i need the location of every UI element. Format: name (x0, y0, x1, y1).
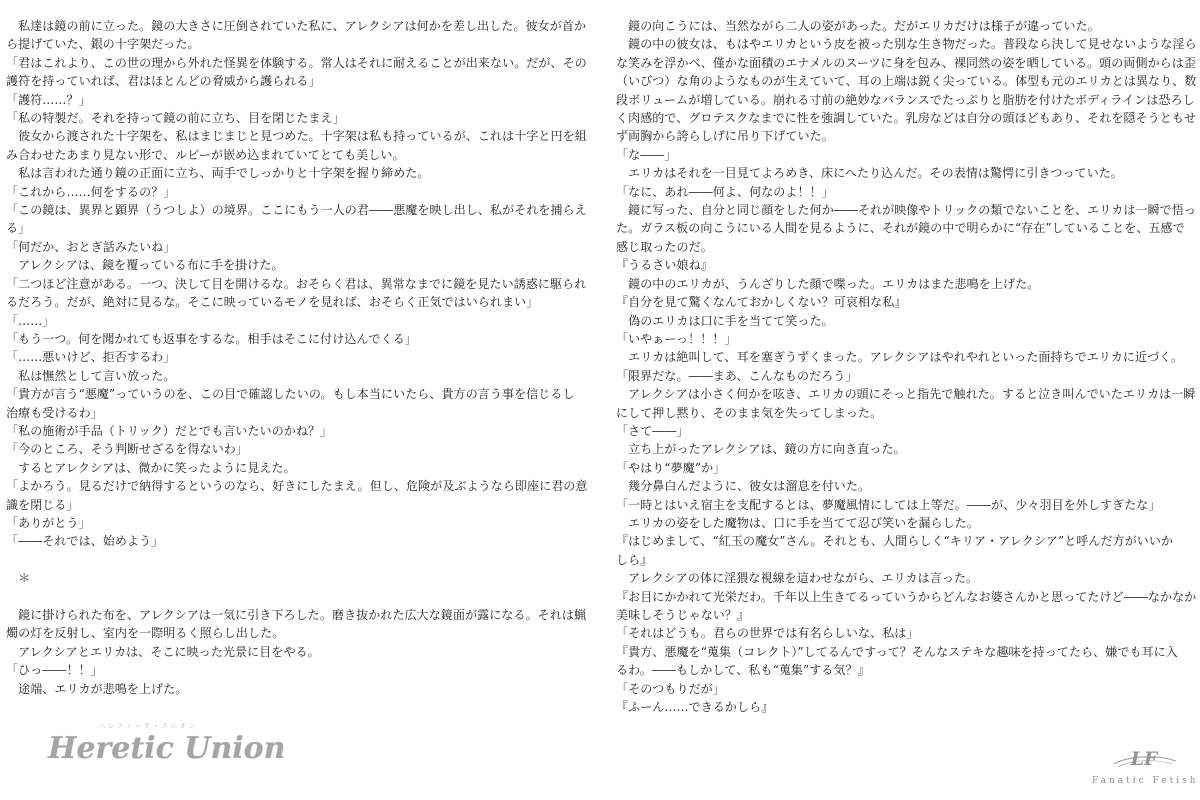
fanatic-fetish-monogram-icon: LF (1092, 746, 1196, 774)
heretic-union-title-text: Heretic Union (48, 731, 248, 767)
fanatic-fetish-monogram-letters: LF (1130, 748, 1159, 770)
right-text-column: 鏡の向こうには、当然ながら二人の姿があった。だがエリカだけは様子が違っていた。 … (616, 17, 1200, 716)
novel-page: 私達は鏡の前に立った。鏡の大きさに圧倒されていた私に、アレクシアは何かを差し出し… (0, 0, 1200, 800)
fanatic-fetish-logo: LF Fanatic Fetish (1092, 746, 1196, 786)
heretic-union-logo: ヘレティック・ユニオン Heretic Union (48, 722, 248, 767)
fanatic-fetish-label: Fanatic Fetish (1092, 776, 1196, 786)
heretic-union-ruby-text: ヘレティック・ユニオン (48, 722, 248, 730)
left-text-column: 私達は鏡の前に立った。鏡の大きさに圧倒されていた私に、アレクシアは何かを差し出し… (6, 17, 590, 698)
